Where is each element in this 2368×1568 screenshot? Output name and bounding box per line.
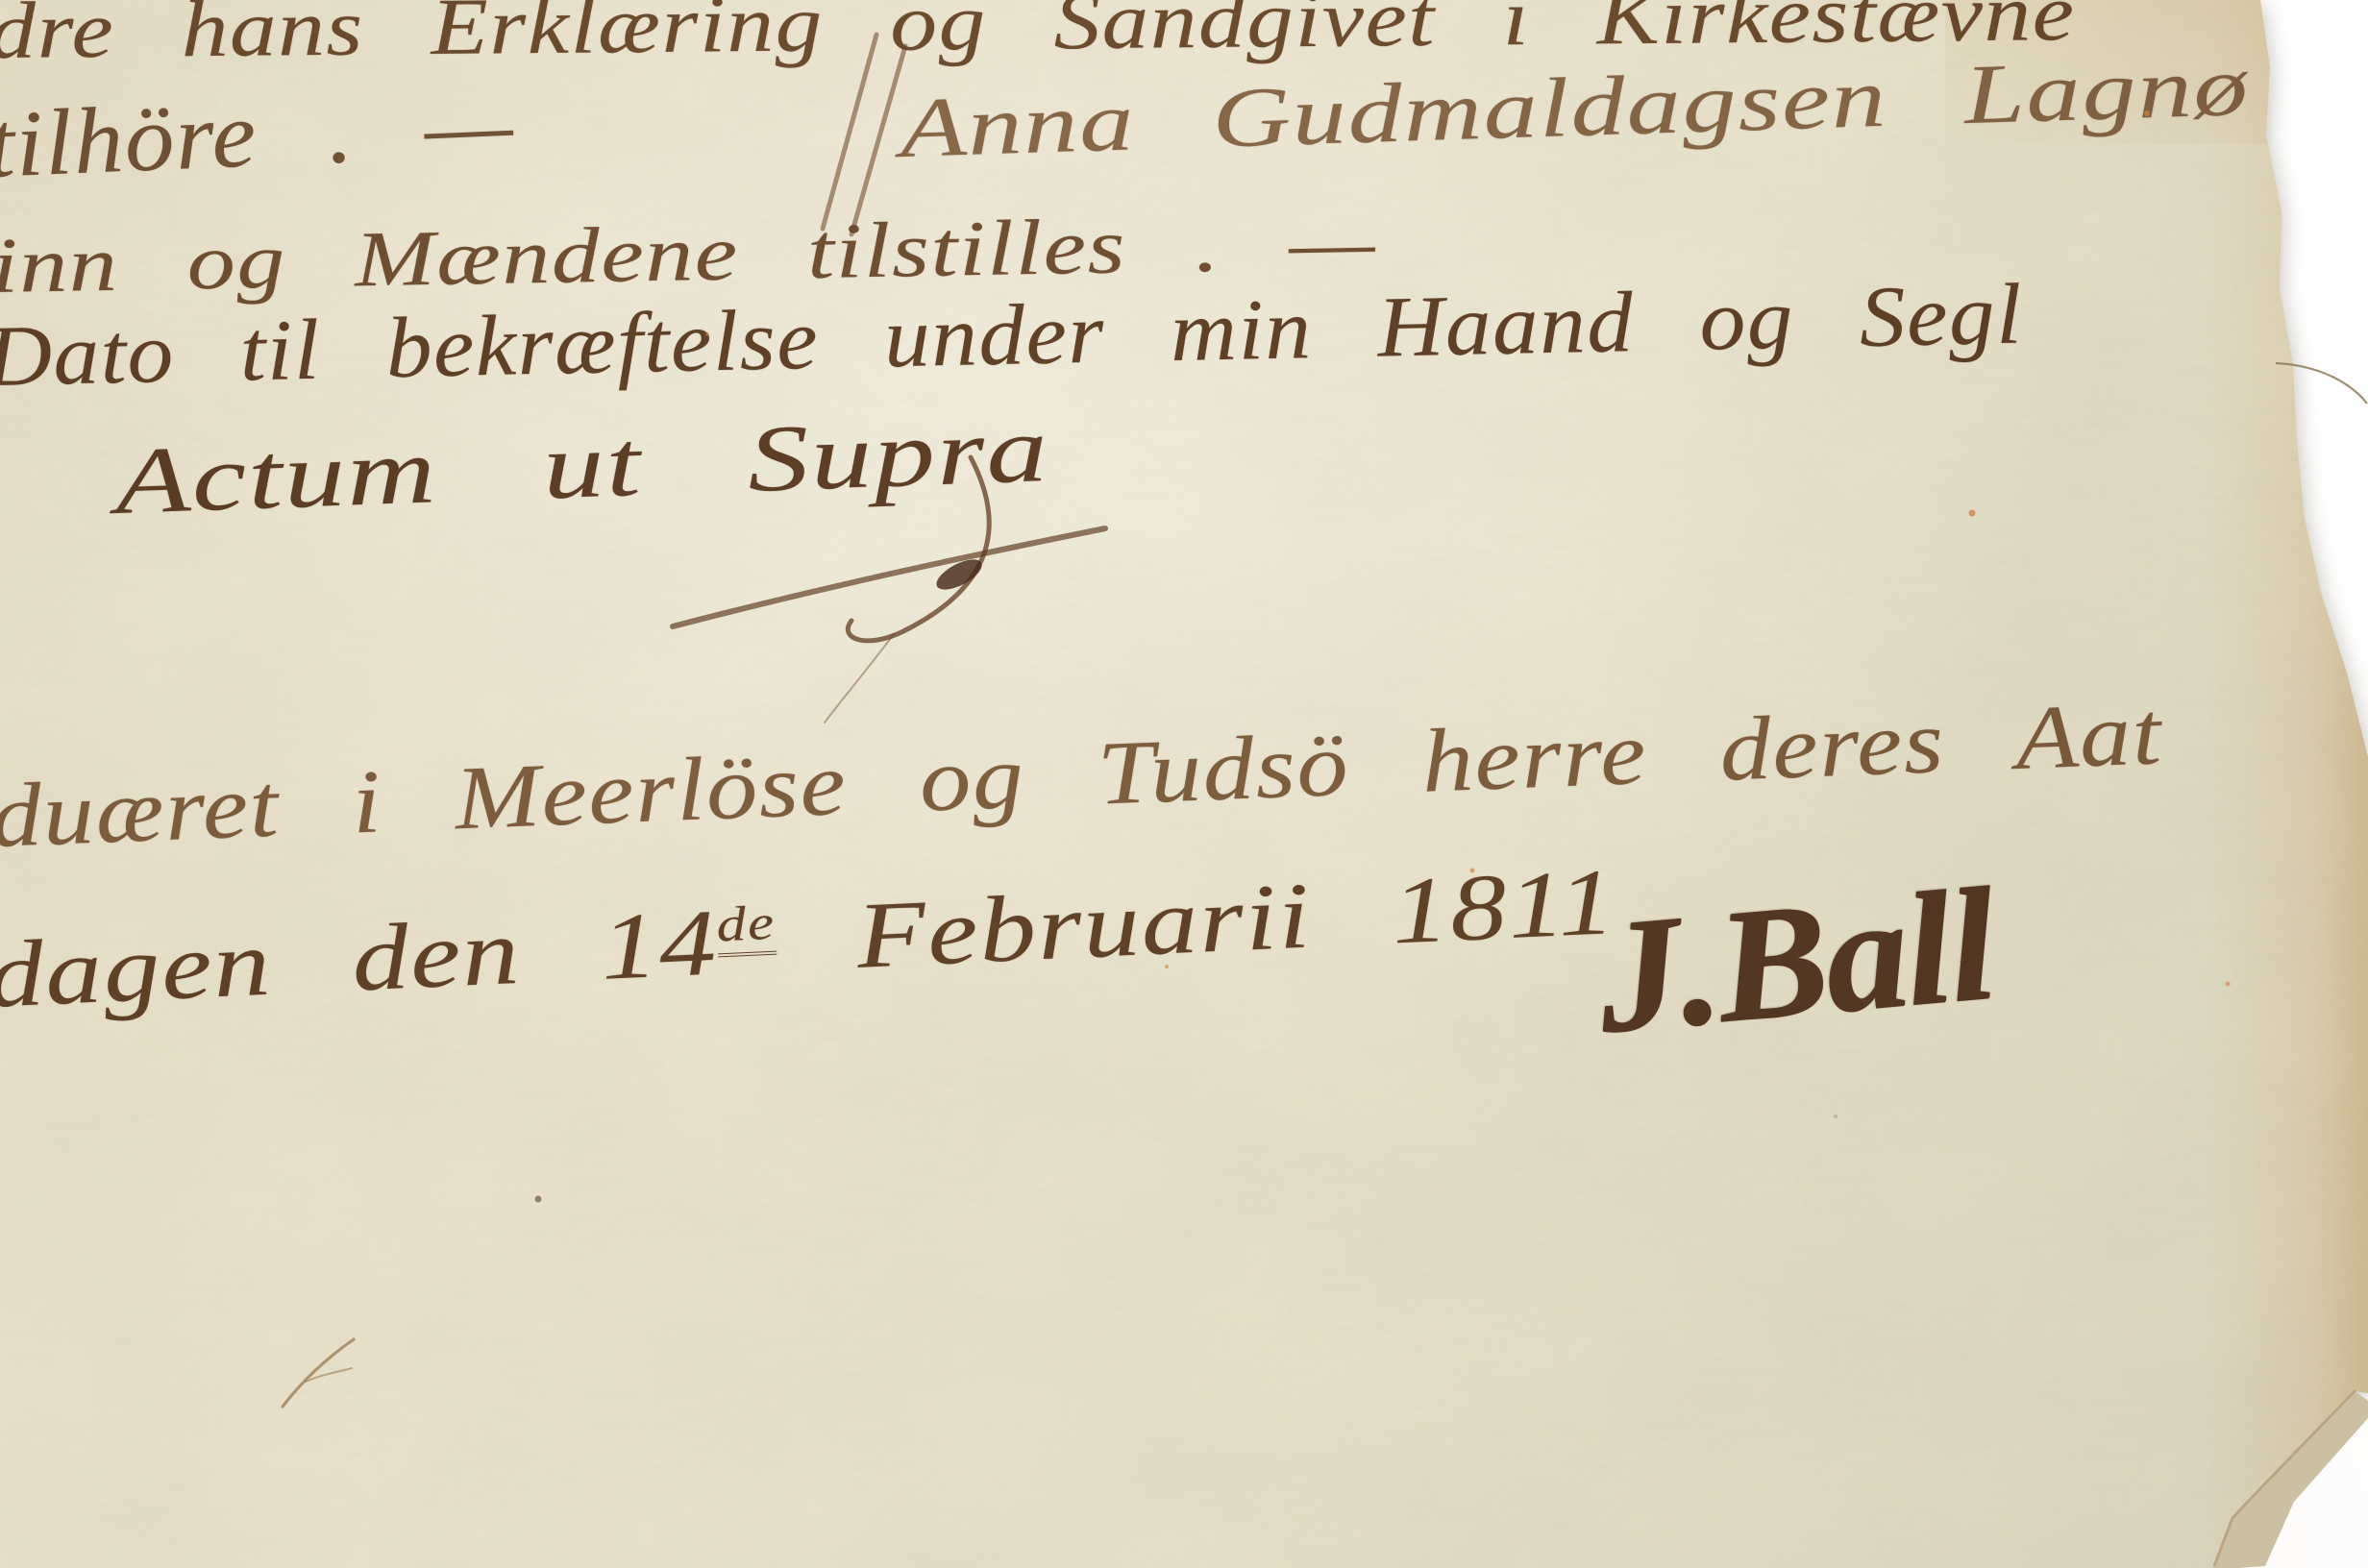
signature: J.Ball [1591,852,1993,1070]
stray-fiber [283,1339,354,1407]
date-line-text: dagen den 14de Februarii 1811 [0,848,1618,1030]
date-suffix: Februarii 1811 [774,850,1618,992]
manuscript-paper: dre hans Erklæring og Sandgivet i Kirkes… [0,0,2368,1568]
paper-shadow: dre hans Erklæring og Sandgivet i Kirkes… [0,0,2368,1568]
actum-text: Actum ut Supra [113,396,1051,536]
line-2-text: tilhöre . — [0,70,516,200]
aged-edge-tint-corner [1926,1164,2368,1568]
handwriting-line-2: tilhöre . — [0,71,491,200]
handwriting-line-districts: duæret i Meerlöse og Tudsö herre deres A… [0,691,1914,869]
photo-backdrop: dre hans Erklæring og Sandgivet i Kirkes… [0,0,2368,1568]
signature-text: J.Ball [1591,851,2001,1070]
superscript-de: de [715,896,777,958]
ink-blot [932,553,986,596]
handwriting-date-line: dagen den 14de Februarii 1811 [0,861,1347,1030]
handwriting-actum-ut-supra: Actum ut Supra [113,404,835,536]
date-prefix: dagen den 14 [0,891,720,1027]
districts-text: duæret i Meerlöse og Tudsö herre deres A… [0,681,2164,869]
